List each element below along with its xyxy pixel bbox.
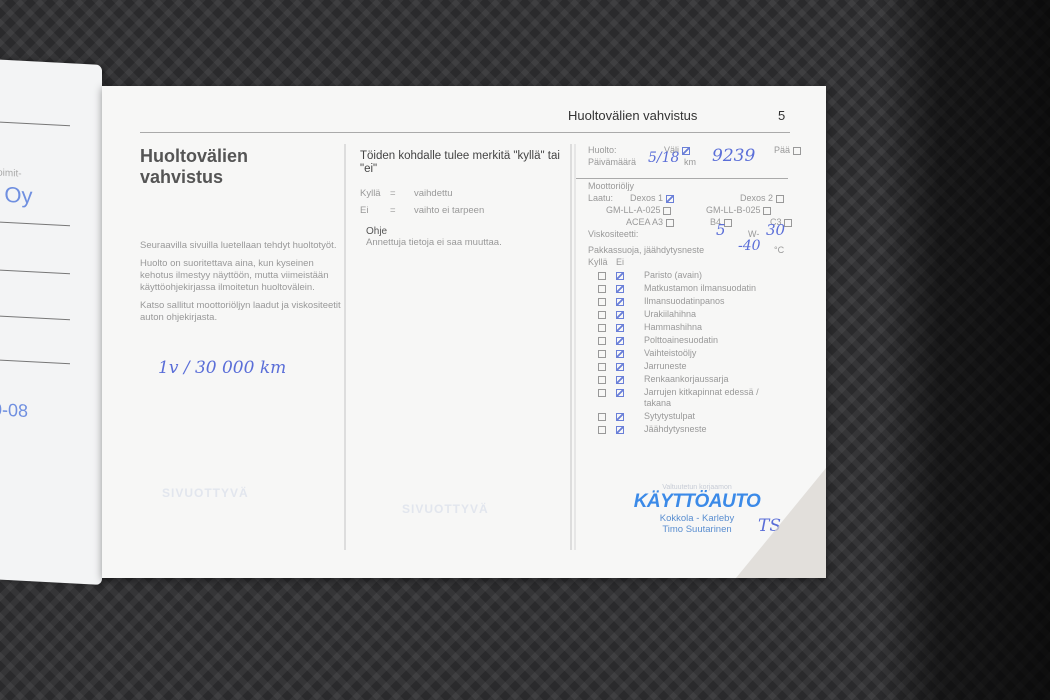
checkbox-icon[interactable] <box>763 207 771 215</box>
checkbox-no-icon[interactable] <box>616 376 624 384</box>
section-title-line: Huoltovälien <box>140 146 344 167</box>
antifreeze-label: Pakkassuoja, jäähdytysneste <box>588 245 704 255</box>
booklet-page: Huoltovälien vahvistus 5 Huoltovälien va… <box>102 86 826 578</box>
checklist-label: Jarruneste <box>644 361 784 372</box>
date-label: Päivämäärä <box>588 157 636 167</box>
checkbox-no-icon[interactable] <box>616 350 624 358</box>
legend-key: Kyllä <box>360 188 390 199</box>
checkbox-yes-icon[interactable] <box>598 337 606 345</box>
grade-label: GM-LL-A-025 <box>606 205 661 215</box>
oil-label: Moottoriöljy <box>588 180 812 192</box>
checkbox-yes-icon[interactable] <box>598 298 606 306</box>
divider <box>0 315 70 320</box>
paragraph: Katso sallitut moottoriöljyn laadut ja v… <box>140 300 344 324</box>
legend-value: vaihdettu <box>414 188 453 199</box>
section-title: Huoltovälien vahvistus <box>140 146 344 188</box>
paragraph: Seuraavilla sivuilla luetellaan tehdyt h… <box>140 240 344 252</box>
service-label: Huolto: <box>588 145 617 155</box>
checklist-label: Ilmansuodatinpanos <box>644 296 784 307</box>
antifreeze-row: Pakkassuoja, jäähdytysneste -40 °C <box>588 244 812 256</box>
checkbox-icon[interactable] <box>663 207 671 215</box>
viscosity-value[interactable]: 5 <box>716 224 726 236</box>
checklist-label: Matkustamon ilmansuodatin <box>644 283 784 294</box>
page-number: 5 <box>778 108 785 123</box>
checklist-item: Hammashihna <box>588 322 812 333</box>
checkbox-yes-icon[interactable] <box>598 376 606 384</box>
checklist-label: Renkaankorjaussarja <box>644 374 784 385</box>
faded-stamp: SIVUOTTYVÄ <box>402 502 489 516</box>
checklist-item: Urakiilahihna <box>588 309 812 320</box>
checklist-item: Vaihteistoöljy <box>588 348 812 359</box>
left-page-handwriting: o Oy <box>0 181 32 209</box>
km-label: km <box>684 156 696 168</box>
date-value[interactable]: 5/18 <box>648 152 679 164</box>
instructions-title: Töiden kohdalle tulee merkitä "kyllä" ta… <box>360 150 570 176</box>
checkbox-no-icon[interactable] <box>616 324 624 332</box>
checkbox-icon[interactable] <box>666 219 674 227</box>
legend-value: vaihto ei tarpeen <box>414 205 484 216</box>
note-title: Ohje <box>366 226 570 237</box>
handwritten-interval: 1v / 30 000 km <box>158 358 286 378</box>
no-label: Ei <box>616 256 624 268</box>
grade-label: GM-LL-B-025 <box>706 205 761 215</box>
checkbox-yes-icon[interactable] <box>598 285 606 293</box>
grade-label: ACEA A3 <box>626 217 663 227</box>
checklist-item: Jarrujen kitkapinnat edessä / takana <box>588 387 812 409</box>
divider <box>0 221 70 226</box>
checklist-label: Polttoainesuodatin <box>644 335 784 346</box>
legend-row: Kyllä = vaihdettu <box>360 188 570 199</box>
viscosity-row: Viskositeetti: 5 W- 30 <box>588 228 812 240</box>
checklist-label: Jarrujen kitkapinnat edessä / takana <box>644 387 784 409</box>
checkbox-yes-icon[interactable] <box>598 389 606 397</box>
service-main-option[interactable]: Pää <box>774 144 801 156</box>
checkbox-no-icon[interactable] <box>616 272 624 280</box>
note-text: Annettuja tietoja ei saa muuttaa. <box>366 237 570 248</box>
page-header-title: Huoltovälien vahvistus <box>568 108 697 123</box>
checkbox-yes-icon[interactable] <box>598 324 606 332</box>
divider <box>0 359 70 364</box>
option-label: Pää <box>774 145 790 155</box>
divider <box>0 121 70 126</box>
checkbox-no-icon[interactable] <box>616 285 624 293</box>
antifreeze-value[interactable]: -40 <box>738 240 761 252</box>
checklist-item: Jäähdytysneste <box>588 424 812 435</box>
checkbox-yes-icon[interactable] <box>598 272 606 280</box>
background-shadow <box>880 0 1050 700</box>
checklist-label: Vaihteistoöljy <box>644 348 784 359</box>
checklist-item: Matkustamon ilmansuodatin <box>588 283 812 294</box>
km-value[interactable]: 9239 <box>712 150 755 162</box>
checkbox-yes-icon[interactable] <box>598 350 606 358</box>
checklist-label: Urakiilahihna <box>644 309 784 320</box>
checkbox-yes-icon[interactable] <box>598 426 606 434</box>
legend-key: Ei <box>360 205 390 216</box>
left-page-handwriting: 10-08 <box>0 399 28 422</box>
page-corner-fold <box>736 468 826 578</box>
checkbox-no-icon[interactable] <box>616 426 624 434</box>
checkbox-icon[interactable] <box>776 195 784 203</box>
checklist-label: Paristo (avain) <box>644 270 784 281</box>
checkbox-icon[interactable] <box>793 147 801 155</box>
checklist-item: Jarruneste <box>588 361 812 372</box>
checkbox-no-icon[interactable] <box>616 363 624 371</box>
checklist-item: Paristo (avain) <box>588 270 812 281</box>
checkbox-yes-icon[interactable] <box>598 363 606 371</box>
grade-label: Dexos 2 <box>740 193 773 203</box>
legend-row: Ei = vaihto ei tarpeen <box>360 205 570 216</box>
checklist-label: Hammashihna <box>644 322 784 333</box>
section-title-line: vahvistus <box>140 167 344 188</box>
date-km-row: Päivämäärä 5/18 km 9239 <box>588 156 812 168</box>
yes-no-header: Kyllä Ei <box>588 256 812 268</box>
checkbox-yes-icon[interactable] <box>598 413 606 421</box>
quality-label: Laatu: <box>588 193 613 203</box>
header-divider <box>140 132 790 133</box>
viscosity-w-value[interactable]: 30 <box>766 224 785 236</box>
legend-eq: = <box>390 205 414 216</box>
checkbox-no-icon[interactable] <box>616 298 624 306</box>
checkbox-checked-icon[interactable] <box>682 147 690 155</box>
antifreeze-unit: °C <box>774 244 784 256</box>
legend-eq: = <box>390 188 414 199</box>
faded-stamp: SIVUOTTYVÄ <box>162 486 249 500</box>
checklist-item: Sytytystulpat <box>588 411 812 422</box>
paragraph: Huolto on suoritettava aina, kun kyseine… <box>140 258 344 294</box>
oil-grade-row: Laatu: Dexos 1 Dexos 2 <box>588 192 812 204</box>
divider <box>0 269 70 274</box>
checklist-label: Sytytystulpat <box>644 411 784 422</box>
checkbox-icon[interactable] <box>784 219 792 227</box>
yes-label: Kyllä <box>588 257 608 267</box>
service-type-row: Huolto: Väli Pää <box>588 144 812 156</box>
checkbox-no-icon[interactable] <box>616 413 624 421</box>
checkbox-checked-icon[interactable] <box>666 195 674 203</box>
grade-label: Dexos 1 <box>630 193 663 203</box>
checkbox-yes-icon[interactable] <box>598 311 606 319</box>
checklist-item: Polttoainesuodatin <box>588 335 812 346</box>
checkbox-no-icon[interactable] <box>616 389 624 397</box>
checkbox-no-icon[interactable] <box>616 311 624 319</box>
instructions-column: Töiden kohdalle tulee merkitä "kyllä" ta… <box>360 144 572 550</box>
maintenance-checklist: Paristo (avain)Matkustamon ilmansuodatin… <box>588 270 812 435</box>
intro-column: Huoltovälien vahvistus Seuraavilla sivui… <box>140 144 346 550</box>
checklist-label: Jäähdytysneste <box>644 424 784 435</box>
left-page-text: n toimit- <box>0 167 22 180</box>
checkbox-no-icon[interactable] <box>616 337 624 345</box>
checklist-item: Renkaankorjaussarja <box>588 374 812 385</box>
checklist-item: Ilmansuodatinpanos <box>588 296 812 307</box>
divider <box>576 178 788 179</box>
viscosity-label: Viskositeetti: <box>588 229 638 239</box>
left-page: s n toimit- o Oy ro 10-08 <box>0 59 102 585</box>
oil-grade-row: GM-LL-A-025 GM-LL-B-025 <box>588 204 812 216</box>
